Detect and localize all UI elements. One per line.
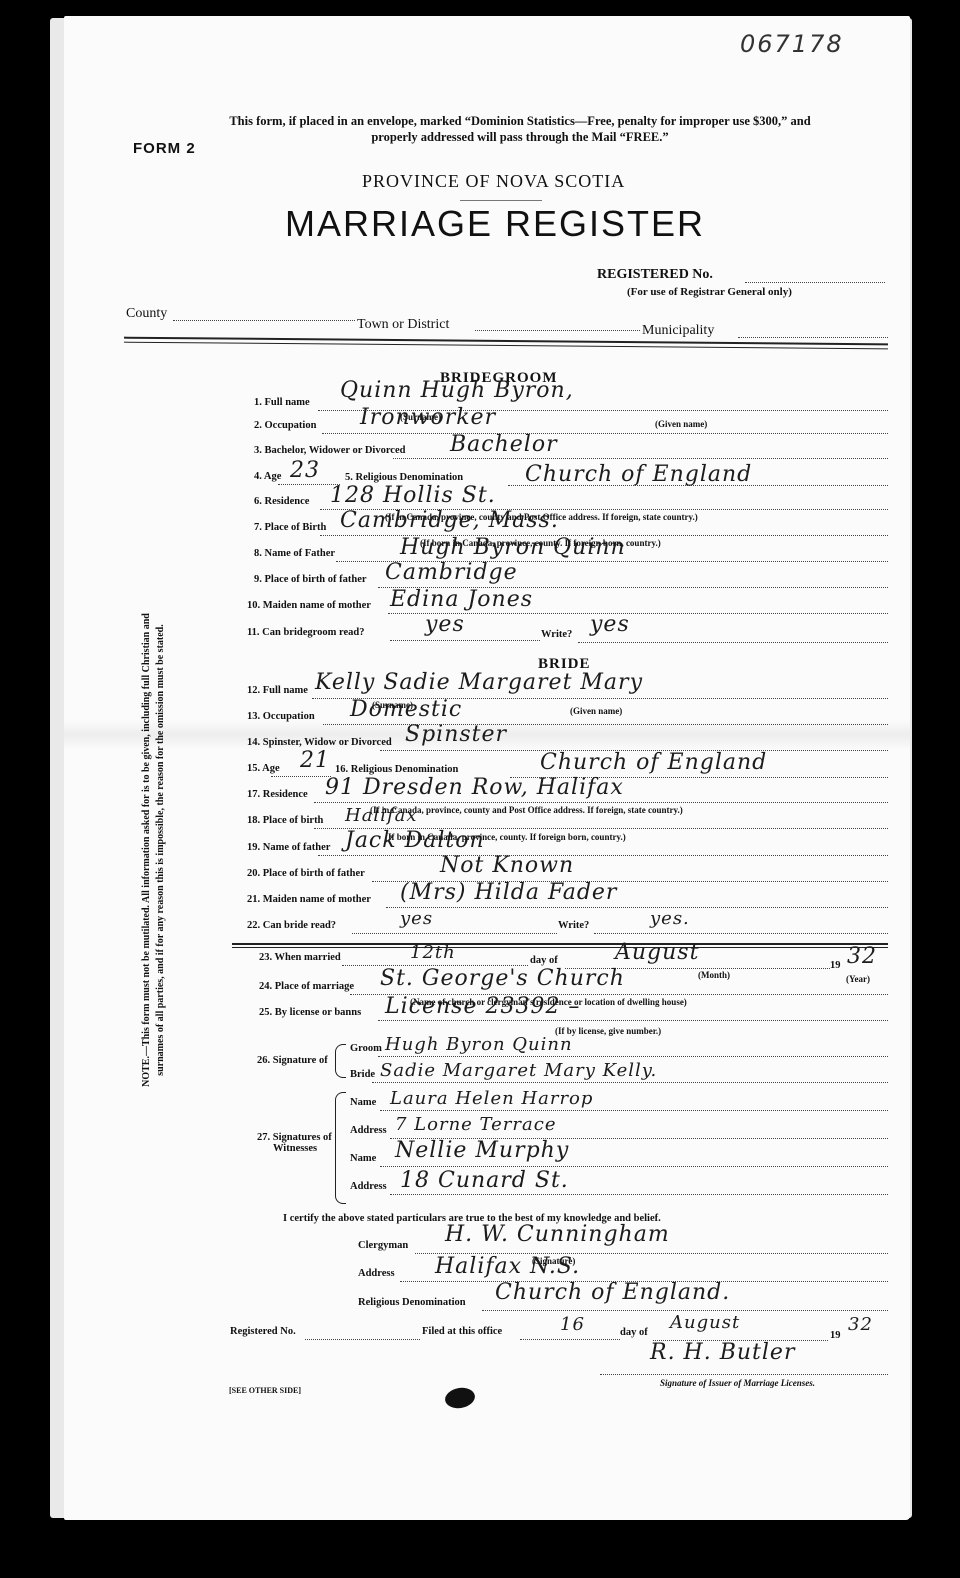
witness1-address[interactable]: 7 Lorne Terrace (395, 1114, 556, 1135)
groom-marital-status-value[interactable]: Bachelor (450, 432, 558, 457)
groom-occupation-value[interactable]: Ironworker (360, 405, 496, 430)
bride-residence-value[interactable]: 91 Dresden Row, Halifax (325, 775, 624, 800)
witness2-address[interactable]: 18 Cunard St. (400, 1168, 569, 1193)
province-heading: PROVINCE OF NOVA SCOTIA (362, 171, 625, 192)
dotted-line (378, 1020, 888, 1021)
clergyman-label: Clergyman (358, 1240, 408, 1251)
groom-full-name-label: 1. Full name (254, 397, 310, 408)
dotted-line (520, 1339, 620, 1340)
registered-no-label: REGISTERED No. (597, 267, 713, 283)
divider (460, 200, 542, 201)
bride-occupation-label: 13. Occupation (247, 711, 315, 722)
given-name-sublabel: (Given name) (655, 419, 707, 429)
bride-marital-status-label: 14. Spinster, Widow or Divorced (247, 737, 392, 748)
bride-father-name-value[interactable]: Jack Dalton (345, 828, 485, 853)
groom-read-value[interactable]: yes (425, 612, 465, 637)
issuer-signature[interactable]: R. H. Butler (650, 1340, 795, 1365)
bride-marital-status-value[interactable]: Spinster (405, 722, 507, 747)
bride-religion-label: 16. Religious Denomination (335, 764, 458, 775)
bride-age-value[interactable]: 21 (300, 748, 330, 773)
dotted-line (390, 640, 540, 641)
dotted-line (314, 802, 888, 803)
marriage-year-value[interactable]: 32 (847, 944, 877, 969)
county-label: County (126, 306, 167, 322)
registered-no-footer-label: Registered No. (230, 1326, 296, 1337)
section-rule-2 (232, 947, 888, 948)
groom-age-label: 4. Age (254, 471, 281, 482)
municipality-field[interactable] (738, 337, 888, 338)
groom-birthplace-label: 7. Place of Birth (254, 522, 326, 533)
groom-residence-value[interactable]: 128 Hollis St. (330, 483, 496, 508)
groom-father-birthplace-label: 9. Place of birth of father (254, 574, 367, 585)
bride-birthplace-label: 18. Place of birth (247, 815, 323, 826)
witness2-address-label: Address (350, 1181, 387, 1192)
bride-write-value[interactable]: yes. (650, 908, 690, 929)
groom-father-name-value[interactable]: Hugh Byron Quinn (400, 535, 626, 560)
groom-write-label: Write? (541, 629, 572, 640)
see-other-side: [SEE OTHER SIDE] (229, 1386, 301, 1395)
filed-year-prefix: 19 (830, 1330, 841, 1341)
dotted-line (482, 1310, 888, 1311)
dotted-line (372, 1082, 888, 1083)
bride-read-label: 22. Can bride read? (247, 920, 336, 931)
witness1-name-label: Name (350, 1097, 376, 1108)
dotted-line (352, 933, 557, 934)
groom-religion-label: 5. Religious Denomination (345, 472, 463, 483)
groom-occupation-label: 2. Occupation (254, 420, 316, 431)
dotted-line (318, 855, 888, 856)
bride-father-name-label: 19. Name of father (247, 842, 330, 853)
dotted-line (380, 1110, 888, 1111)
dotted-line (594, 933, 888, 934)
registered-no-sublabel: (For use of Registrar General only) (627, 286, 792, 298)
clergy-denomination[interactable]: Church of England. (495, 1280, 730, 1305)
groom-write-value[interactable]: yes (590, 612, 630, 637)
month-sublabel: (Month) (698, 970, 730, 980)
dotted-line (390, 1194, 888, 1195)
bride-residence-label: 17. Residence (247, 789, 308, 800)
county-field[interactable] (173, 320, 355, 321)
section-rule (232, 943, 888, 945)
bride-father-birthplace-label: 20. Place of birth of father (247, 868, 365, 879)
issuer-label: Signature of Issuer of Marriage Licenses… (660, 1378, 815, 1388)
bride-occupation-value[interactable]: Domestic (350, 697, 462, 722)
side-note-line1: NOTE.—This form must not be mutilated. A… (140, 510, 154, 1190)
bride-read-value[interactable]: yes (400, 908, 433, 929)
filed-month-value[interactable]: August (670, 1312, 740, 1333)
signature-of-label: 26. Signature of (257, 1055, 328, 1066)
marriage-day-value[interactable]: 12th (410, 942, 456, 963)
brace (335, 1044, 346, 1078)
witnesses-label-1: 27. Signatures of (257, 1132, 332, 1143)
groom-birthplace-value[interactable]: Cambridge, Mass. (340, 508, 559, 533)
dotted-line (378, 1056, 888, 1057)
form-label: FORM 2 (133, 140, 196, 157)
filed-at-label: Filed at this office (422, 1326, 502, 1337)
municipality-label: Municipality (642, 323, 714, 339)
dotted-line (600, 1374, 888, 1375)
bride-mother-maiden-value[interactable]: (Mrs) Hilda Fader (400, 880, 617, 905)
groom-religion-value[interactable]: Church of England (525, 462, 752, 487)
when-married-label: 23. When married (259, 952, 341, 963)
dotted-line (380, 1166, 888, 1167)
witness1-address-label: Address (350, 1125, 387, 1136)
clergyman-signature[interactable]: H. W. Cunningham (445, 1222, 670, 1247)
dotted-line (386, 907, 888, 908)
page-title: MARRIAGE REGISTER (285, 203, 705, 245)
groom-age-value[interactable]: 23 (290, 458, 320, 483)
clergy-address-label: Address (358, 1268, 395, 1279)
bride-write-label: Write? (558, 920, 589, 931)
bride-signature[interactable]: Sadie Margaret Mary Kelly. (380, 1060, 657, 1081)
side-note: NOTE.—This form must not be mutilated. A… (140, 510, 168, 1190)
marriage-month-value[interactable]: August (615, 940, 699, 965)
groom-mother-maiden-value[interactable]: Edina Jones (390, 587, 533, 612)
postal-notice-line2: properly addressed will pass through the… (180, 129, 860, 145)
filed-year-value[interactable]: 32 (848, 1314, 873, 1335)
town-field[interactable] (475, 330, 640, 331)
given-name-sublabel: (Given name) (570, 706, 622, 716)
bride-religion-value[interactable]: Church of England (540, 750, 767, 775)
year-sublabel: (Year) (846, 974, 870, 984)
groom-marital-status-label: 3. Bachelor, Widower or Divorced (254, 445, 405, 456)
groom-full-name-value[interactable]: Quinn Hugh Byron, (340, 378, 574, 403)
bride-age-label: 15. Age (247, 763, 280, 774)
groom-read-label: 11. Can bridegroom read? (247, 627, 364, 638)
groom-father-name-label: 8. Name of Father (254, 548, 335, 559)
witnesses-label-2: Witnesses (273, 1143, 317, 1154)
registered-no-field[interactable] (745, 282, 885, 283)
clergy-denomination-label: Religious Denomination (358, 1297, 466, 1308)
filed-day-value[interactable]: 16 (560, 1314, 585, 1335)
groom-mother-maiden-label: 10. Maiden name of mother (247, 600, 371, 611)
side-note-line2: surnames of all parties, and if for any … (154, 510, 168, 1190)
dotted-line (271, 776, 331, 777)
bride-full-name-value[interactable]: Kelly Sadie Margaret Mary (315, 670, 643, 695)
stamp-number: 067178 (740, 30, 844, 58)
license-label: 25. By license or banns (259, 1007, 361, 1018)
license-value[interactable]: License 23392 – (385, 994, 580, 1019)
dotted-line (578, 642, 888, 643)
witness1-name[interactable]: Laura Helen Harrop (390, 1088, 593, 1109)
groom-father-birthplace-value[interactable]: Cambridge (385, 560, 518, 585)
place-of-marriage-value[interactable]: St. George's Church (380, 966, 625, 991)
registered-no-footer-field[interactable] (305, 1339, 420, 1340)
bride-full-name-label: 12. Full name (247, 685, 308, 696)
bride-mother-maiden-label: 21. Maiden name of mother (247, 894, 371, 905)
year-prefix: 19 (830, 960, 841, 971)
town-label: Town or District (357, 317, 449, 333)
groom-signature[interactable]: Hugh Byron Quinn (385, 1034, 573, 1055)
bride-father-birthplace-value[interactable]: Not Known (440, 853, 574, 878)
filed-day-of-label: day of (620, 1327, 648, 1338)
dotted-line (322, 433, 888, 434)
day-of-label: day of (530, 955, 558, 966)
groom-residence-label: 6. Residence (254, 496, 309, 507)
dotted-line (393, 458, 888, 459)
witness2-name-label: Name (350, 1153, 376, 1164)
place-of-marriage-label: 24. Place of marriage (259, 981, 354, 992)
bride-birthplace-value[interactable]: Halifax (345, 805, 418, 826)
clergy-address[interactable]: Halifax N.S. (435, 1254, 580, 1279)
postal-notice: This form, if placed in an envelope, mar… (180, 113, 860, 145)
witness2-name[interactable]: Nellie Murphy (395, 1138, 569, 1163)
bride-signature-label: Bride (350, 1069, 375, 1080)
groom-signature-label: Groom (350, 1043, 382, 1054)
brace (335, 1092, 346, 1204)
postal-notice-line1: This form, if placed in an envelope, mar… (180, 113, 860, 129)
